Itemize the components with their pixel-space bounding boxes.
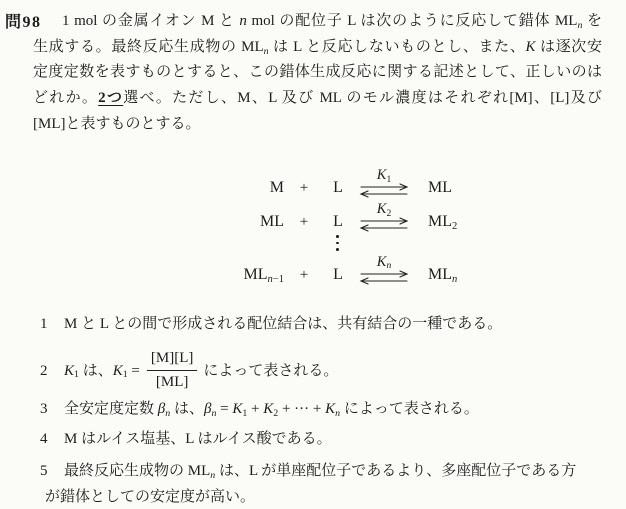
equilibrium-cell: K1 [354,167,414,198]
intro-line: 生成する。最終反応生成物の MLn は L と反応しないものとし、また、K は逐… [33,35,602,61]
choice-text: 全安定度定数 βn は、βn = K1 + K2 + ··· + Kn によって… [64,396,606,422]
equilibrium-cell: K2 [354,201,414,232]
choice-number: 3 [40,396,64,422]
choice-5-continuation: が錯体としての安定度が高い。 [45,484,606,509]
equation-product: ML2 [416,212,514,232]
choice-2: 2 K1 は、K1 = [M][L] [ML] によって表される。 [40,349,606,392]
choice-number: 1 [40,311,64,337]
choice-3: 3 全安定度定数 βn は、βn = K1 + K2 + ··· + Kn によ… [40,396,606,422]
choice-5: 5 最終反応生成物の MLn は、L が単座配位子であるより、多座配位子である方 [40,458,606,484]
intro-line: どれか。2つ選べ。ただし、M、L 及び ML のモル濃度はそれぞれ[M]、[L]… [33,86,602,112]
vertical-ellipsis [336,235,339,251]
intro-line: 1 mol の金属イオン M と n mol の配位子 L は次のように反応して… [33,9,602,35]
reaction-equations: M + L K1 ML ML + L K2 M [218,167,514,288]
choice-text: K1 は、K1 = [M][L] [ML] によって表される。 [64,349,606,392]
fraction-denominator: [ML] [147,371,197,392]
plus-sign: + [284,178,324,198]
choice-number: 4 [40,426,64,452]
equation-row-1: M + L K1 ML [218,167,514,198]
choice-2-post-text: によって表される。 [203,358,338,384]
choice-text: 最終反応生成物の MLn は、L が単座配位子であるより、多座配位子である方 [64,458,606,484]
choice-text: M はルイス塩基、L はルイス酸である。 [64,426,606,452]
plus-sign: + [284,265,324,285]
equation-ligand: L [324,212,352,232]
stability-constant-label: K1 [377,167,391,183]
question-intro: 1 mol の金属イオン M と n mol の配位子 L は次のように反応して… [33,9,602,138]
equilibrium-arrows-icon [359,270,409,285]
equation-ligand: L [324,265,352,285]
choice-2-pre-math: K1 は、K1 = [64,358,140,384]
intro-line: [ML]と表すものとする。 [33,112,602,138]
equation-row-n: MLn−1 + L Kn MLn [218,254,514,285]
answer-choices: 1 M と L との間で形成される配位結合は、共有結合の一種である。 2 K1 … [40,311,606,509]
choice-text: M と L との間で形成される配位結合は、共有結合の一種である。 [64,311,606,337]
equilibrium-arrows-icon [359,183,409,198]
choice-number: 2 [40,358,64,384]
exam-question-page: 問98 1 mol の金属イオン M と n mol の配位子 L は次のように… [0,0,626,509]
choice-1: 1 M と L との間で形成される配位結合は、共有結合の一種である。 [40,311,606,337]
equation-ligand: L [324,178,352,198]
equation-reactant: M [218,178,284,198]
choice-4: 4 M はルイス塩基、L はルイス酸である。 [40,426,606,452]
intro-line: 定度定数を表すものとすると、この錯体生成反応に関する記述として、正しいのは [33,60,602,86]
stability-constant-label: K2 [377,201,391,217]
stability-constant-label: Kn [377,254,391,270]
equation-reactant: MLn−1 [218,265,284,285]
fraction-numerator: [M][L] [147,349,197,371]
plus-sign: + [284,212,324,232]
fraction: [M][L] [ML] [147,349,197,392]
equilibrium-arrows-icon [359,217,409,232]
choice-number: 5 [40,458,64,484]
equation-product: MLn [416,265,514,285]
equilibrium-cell: Kn [354,254,414,285]
equation-row-2: ML + L K2 ML2 [218,201,514,232]
equation-product: ML [416,178,514,198]
equation-reactant: ML [218,212,284,232]
